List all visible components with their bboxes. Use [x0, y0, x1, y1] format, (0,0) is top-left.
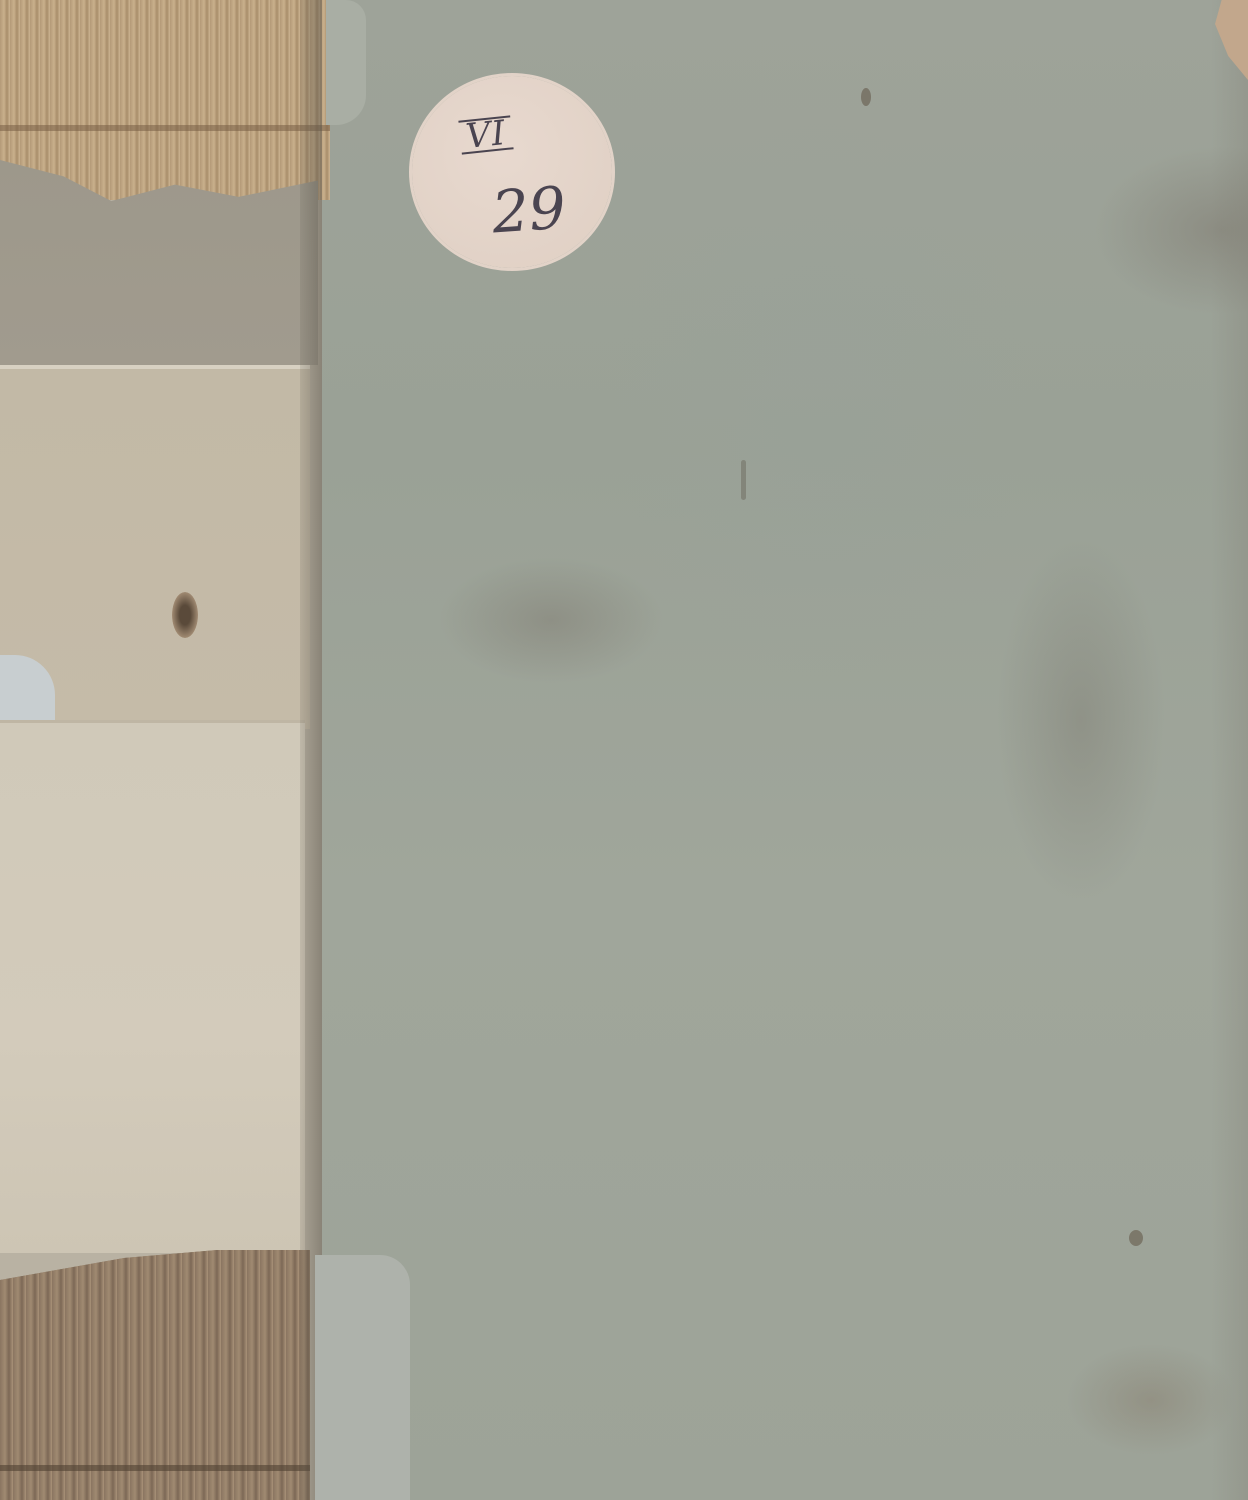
shelf-mark-label: VI 29 [412, 76, 612, 268]
torn-paper-top [326, 0, 366, 125]
spine-hole [172, 592, 198, 638]
spine-exposed-fabric-top [0, 0, 330, 200]
label-roman-numeral: VI [458, 115, 513, 154]
spine-light-paper [0, 720, 305, 1253]
cover-stain [741, 460, 746, 500]
book-photo: VI 29 [0, 0, 1248, 1500]
book-spine [0, 0, 322, 1500]
cover-stain [861, 88, 871, 106]
cover-stain [1129, 1230, 1143, 1246]
label-number: 29 [490, 174, 568, 247]
spine-grey-paper [0, 160, 318, 365]
spine-exposed-fabric-bottom [0, 1250, 310, 1500]
torn-paper-bottom [315, 1255, 410, 1500]
